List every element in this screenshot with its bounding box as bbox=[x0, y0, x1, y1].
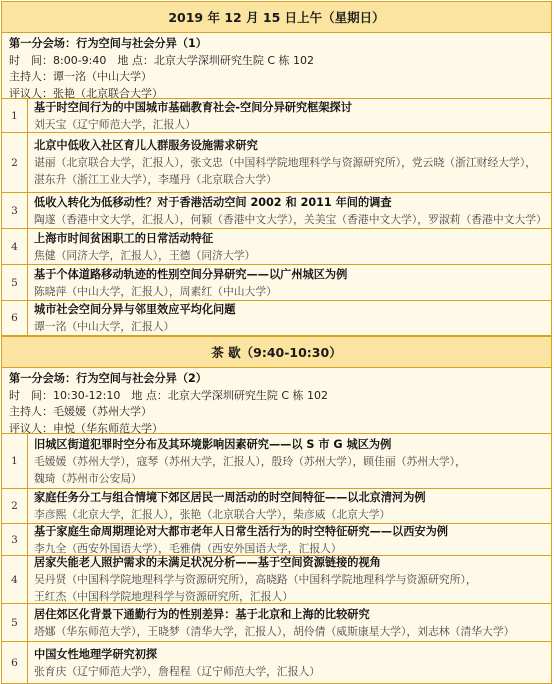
schedule-table: 2019 年 12 月 15 日上午（星期日） 第一分会场：行为空间与社会分异（… bbox=[1, 1, 552, 682]
paper-title: 基于时空间行为的中国城市基础教育社会-空间分异研究框架探讨 bbox=[34, 99, 545, 116]
paper-cell: 城市社会空间分异与邻里效应平均化问题 谭一洺（中山大学，汇报人） bbox=[28, 301, 551, 335]
paper-cell: 北京中低收入社区育儿人群服务设施需求研究 谌丽（北京联合大学，汇报人），张文忠（… bbox=[28, 133, 551, 192]
paper-title: 城市社会空间分异与邻里效应平均化问题 bbox=[34, 301, 545, 318]
paper-authors: 塔娜（华东师范大学），王晓梦（清华大学，汇报人），胡伶倩（威斯康星大学），刘志林… bbox=[34, 623, 545, 640]
paper-cell: 低收入转化为低移动性？对于香港活动空间 2002 和 2011 年间的调查 陶遂… bbox=[28, 193, 553, 228]
paper-title: 上海市时间贫困职工的日常活动特征 bbox=[34, 230, 545, 247]
paper-number: 5 bbox=[2, 265, 28, 300]
table-row: 1 旧城区街道犯罪时空分布及其环境影响因素研究——以 S 市 G 城区为例 毛媛… bbox=[2, 434, 551, 489]
tea-break-header: 茶 歇（9:40-10:30） bbox=[2, 336, 551, 368]
table-row: 2 北京中低收入社区育儿人群服务设施需求研究 谌丽（北京联合大学，汇报人），张文… bbox=[2, 133, 551, 193]
table-row: 3 低收入转化为低移动性？对于香港活动空间 2002 和 2011 年间的调查 … bbox=[2, 193, 551, 229]
paper-authors: 陈晓萍（中山大学，汇报人），周素红（中山大学） bbox=[34, 283, 545, 300]
session-title: 第一分会场：行为空间与社会分异（1） bbox=[9, 36, 544, 53]
paper-authors: 谭一洺（中山大学，汇报人） bbox=[34, 318, 545, 335]
paper-authors: 张育庆（辽宁师范大学），詹程程（辽宁师范大学，汇报人） bbox=[34, 663, 545, 680]
table-row: 2 家庭任务分工与组合情境下郊区居民一周活动的时空间特征——以北京清河为例 李彦… bbox=[2, 489, 551, 524]
paper-title: 旧城区街道犯罪时空分布及其环境影响因素研究——以 S 市 G 城区为例 bbox=[34, 436, 545, 453]
session-host: 主持人：谭一洺（中山大学） bbox=[9, 69, 544, 86]
paper-authors: 魏琦（苏州市公安局） bbox=[34, 470, 545, 487]
session-1-info: 第一分会场：行为空间与社会分异（1） 时 间：8:00-9:40 地 点：北京大… bbox=[2, 33, 551, 99]
paper-authors: 陶遂（香港中文大学，汇报人），何颖（香港中文大学），关美宝（香港中文大学），罗淑… bbox=[34, 211, 547, 228]
paper-authors: 毛媛媛（苏州大学），寇琴（苏州大学，汇报人），殷玲（苏州大学），顾佳丽（苏州大学… bbox=[34, 453, 545, 470]
paper-number: 1 bbox=[2, 434, 28, 488]
paper-authors: 李彦熙（北京大学，汇报人），张艳（北京联合大学），柴彦威（北京大学） bbox=[34, 506, 545, 523]
paper-number: 4 bbox=[2, 556, 28, 603]
paper-cell: 家庭任务分工与组合情境下郊区居民一周活动的时空间特征——以北京清河为例 李彦熙（… bbox=[28, 489, 551, 523]
paper-authors: 王红杰（中国科学院地理科学与资源研究所，汇报人） bbox=[34, 588, 545, 605]
paper-authors: 吴丹贤（中国科学院地理科学与资源研究所），高晓路（中国科学院地理科学与资源研究所… bbox=[34, 571, 545, 588]
paper-number: 3 bbox=[2, 524, 28, 555]
table-row: 6 城市社会空间分异与邻里效应平均化问题 谭一洺（中山大学，汇报人） bbox=[2, 301, 551, 336]
session-title: 第一分会场：行为空间与社会分异（2） bbox=[9, 371, 544, 388]
paper-cell: 旧城区街道犯罪时空分布及其环境影响因素研究——以 S 市 G 城区为例 毛媛媛（… bbox=[28, 434, 551, 488]
paper-title: 北京中低收入社区育儿人群服务设施需求研究 bbox=[34, 137, 545, 154]
paper-cell: 中国女性地理学研究初探 张育庆（辽宁师范大学），詹程程（辽宁师范大学，汇报人） bbox=[28, 642, 551, 682]
session-time-location: 时 间：8:00-9:40 地 点：北京大学深圳研究生院 C 栋 102 bbox=[9, 53, 544, 70]
paper-authors: 焦健（同济大学，汇报人），王德（同济大学） bbox=[34, 247, 545, 264]
table-row: 1 基于时空间行为的中国城市基础教育社会-空间分异研究框架探讨 刘天宝（辽宁师范… bbox=[2, 99, 551, 133]
paper-title: 居家失能老人照护需求的未满足状况分析——基于空间资源链接的视角 bbox=[34, 554, 545, 571]
paper-authors: 谌丽（北京联合大学，汇报人），张文忠（中国科学院地理科学与资源研究所），党云晓（… bbox=[34, 154, 545, 171]
paper-number: 2 bbox=[2, 133, 28, 192]
paper-cell: 居家失能老人照护需求的未满足状况分析——基于空间资源链接的视角 吴丹贤（中国科学… bbox=[28, 556, 551, 603]
paper-number: 1 bbox=[2, 99, 28, 132]
session-2-info: 第一分会场：行为空间与社会分异（2） 时 间：10:30-12:10 地 点：北… bbox=[2, 368, 551, 434]
paper-cell: 基于个体道路移动轨迹的性别空间分异研究——以广州城区为例 陈晓萍（中山大学，汇报… bbox=[28, 265, 551, 300]
paper-number: 4 bbox=[2, 229, 28, 264]
table-row: 4 上海市时间贫困职工的日常活动特征 焦健（同济大学，汇报人），王德（同济大学） bbox=[2, 229, 551, 265]
paper-title: 低收入转化为低移动性？对于香港活动空间 2002 和 2011 年间的调查 bbox=[34, 194, 547, 211]
table-row: 4 居家失能老人照护需求的未满足状况分析——基于空间资源链接的视角 吴丹贤（中国… bbox=[2, 556, 551, 604]
paper-number: 2 bbox=[2, 489, 28, 523]
table-row: 5 基于个体道路移动轨迹的性别空间分异研究——以广州城区为例 陈晓萍（中山大学，… bbox=[2, 265, 551, 301]
paper-number: 3 bbox=[2, 193, 28, 228]
paper-cell: 居住郊区化背景下通勤行为的性别差异：基于北京和上海的比较研究 塔娜（华东师范大学… bbox=[28, 604, 551, 641]
paper-title: 中国女性地理学研究初探 bbox=[34, 646, 545, 663]
table-row: 5 居住郊区化背景下通勤行为的性别差异：基于北京和上海的比较研究 塔娜（华东师范… bbox=[2, 604, 551, 642]
paper-title: 居住郊区化背景下通勤行为的性别差异：基于北京和上海的比较研究 bbox=[34, 606, 545, 623]
paper-authors: 刘天宝（辽宁师范大学，汇报人） bbox=[34, 116, 545, 133]
paper-cell: 基于时空间行为的中国城市基础教育社会-空间分异研究框架探讨 刘天宝（辽宁师范大学… bbox=[28, 99, 551, 132]
paper-title: 基于个体道路移动轨迹的性别空间分异研究——以广州城区为例 bbox=[34, 266, 545, 283]
session-time-location: 时 间：10:30-12:10 地 点：北京大学深圳研究生院 C 栋 102 bbox=[9, 388, 544, 405]
paper-cell: 上海市时间贫困职工的日常活动特征 焦健（同济大学，汇报人），王德（同济大学） bbox=[28, 229, 551, 264]
table-row: 3 基于家庭生命周期理论对大都市老年人日常生活行为的时空特征研究——以西安为例 … bbox=[2, 524, 551, 556]
paper-cell: 基于家庭生命周期理论对大都市老年人日常生活行为的时空特征研究——以西安为例 李九… bbox=[28, 524, 551, 555]
paper-authors: 湛东升（浙江工业大学），李瑾丹（北京联合大学） bbox=[34, 171, 545, 188]
paper-number: 6 bbox=[2, 301, 28, 335]
paper-title: 家庭任务分工与组合情境下郊区居民一周活动的时空间特征——以北京清河为例 bbox=[34, 489, 545, 506]
day-header: 2019 年 12 月 15 日上午（星期日） bbox=[2, 2, 551, 33]
paper-number: 6 bbox=[2, 642, 28, 682]
table-row: 6 中国女性地理学研究初探 张育庆（辽宁师范大学），詹程程（辽宁师范大学，汇报人… bbox=[2, 642, 551, 682]
session-host: 主持人：毛媛媛（苏州大学） bbox=[9, 404, 544, 421]
paper-number: 5 bbox=[2, 604, 28, 641]
paper-title: 基于家庭生命周期理论对大都市老年人日常生活行为的时空特征研究——以西安为例 bbox=[34, 523, 545, 540]
